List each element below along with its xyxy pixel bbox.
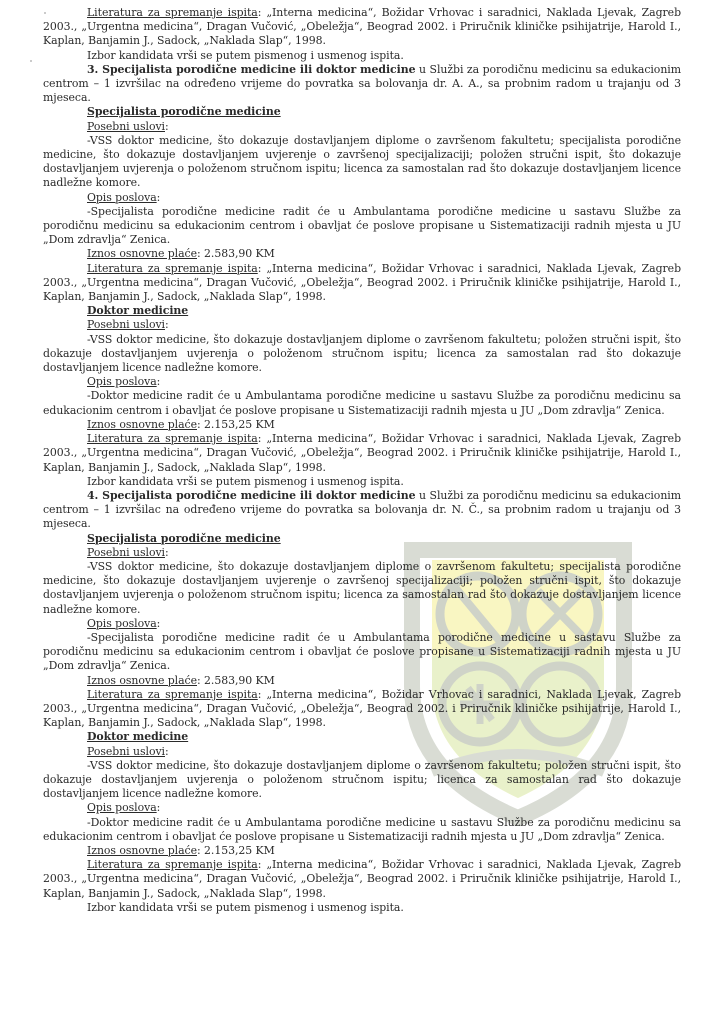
- conditions-label-line: Posebni uslovi:: [43, 318, 681, 332]
- duties-label: Opis poslova: [87, 375, 157, 388]
- position-heading: Doktor medicine: [43, 730, 681, 744]
- salary-line: Iznos osnovne plaće: 2.583,90 KM: [43, 674, 681, 688]
- salary-value: : 2.153,25 KM: [197, 418, 275, 431]
- salary-label: Iznos osnovne plaće: [87, 844, 197, 857]
- duties-label-line: Opis poslova:: [43, 801, 681, 815]
- literature-paragraph: Literatura za spremanje ispita: „Interna…: [43, 858, 681, 901]
- salary-line: Iznos osnovne plaće: 2.583,90 KM: [43, 247, 681, 261]
- duties-label: Opis poslova: [87, 191, 157, 204]
- literature-paragraph: Literatura za spremanje ispita: „Interna…: [43, 432, 681, 475]
- duties-text: -Doktor medicine radit će u Ambulantama …: [43, 816, 681, 844]
- duties-label-line: Opis poslova:: [43, 617, 681, 631]
- duties-text: -Specijalista porodične medicine radit ć…: [43, 205, 681, 248]
- duties-label: Opis poslova: [87, 801, 157, 814]
- literature-paragraph: Literatura za spremanje ispita: „Interna…: [43, 6, 681, 49]
- conditions-label: Posebni uslovi: [87, 745, 165, 758]
- salary-label: Iznos osnovne plaće: [87, 247, 197, 260]
- duties-label-line: Opis poslova:: [43, 375, 681, 389]
- section-title: 4. Specijalista porodične medicine ili d…: [87, 489, 415, 502]
- section-title: 3. Specijalista porodične medicine ili d…: [87, 63, 415, 76]
- duties-label: Opis poslova: [87, 617, 157, 630]
- literature-paragraph: Literatura za spremanje ispita: „Interna…: [43, 262, 681, 305]
- salary-value: : 2.583,90 KM: [197, 674, 275, 687]
- conditions-label-line: Posebni uslovi:: [43, 745, 681, 759]
- conditions-label: Posebni uslovi: [87, 120, 165, 133]
- literature-label: Literatura za spremanje ispita: [87, 432, 258, 445]
- duties-text: -Specijalista porodične medicine radit ć…: [43, 631, 681, 674]
- conditions-text: -VSS doktor medicine, što dokazuje dosta…: [43, 560, 681, 617]
- conditions-text: -VSS doktor medicine, što dokazuje dosta…: [43, 134, 681, 191]
- position-heading: Doktor medicine: [43, 304, 681, 318]
- conditions-text: -VSS doktor medicine, što dokazuje dosta…: [43, 333, 681, 376]
- position-heading: Specijalista porodične medicine: [43, 105, 681, 119]
- conditions-label-line: Posebni uslovi:: [43, 120, 681, 134]
- selection-note: Izbor kandidata vrši se putem pismenog i…: [43, 901, 681, 915]
- selection-note: Izbor kandidata vrši se putem pismenog i…: [43, 49, 681, 63]
- salary-label: Iznos osnovne plaće: [87, 674, 197, 687]
- literature-label: Literatura za spremanje ispita: [87, 6, 258, 19]
- document-body: Literatura za spremanje ispita: „Interna…: [0, 0, 725, 915]
- literature-label: Literatura za spremanje ispita: [87, 262, 258, 275]
- literature-label: Literatura za spremanje ispita: [87, 858, 258, 871]
- conditions-label-line: Posebni uslovi:: [43, 546, 681, 560]
- literature-paragraph: Literatura za spremanje ispita: „Interna…: [43, 688, 681, 731]
- salary-value: : 2.153,25 KM: [197, 844, 275, 857]
- section-intro: 3. Specijalista porodične medicine ili d…: [43, 63, 681, 106]
- duties-label-line: Opis poslova:: [43, 191, 681, 205]
- selection-note: Izbor kandidata vrši se putem pismenog i…: [43, 475, 681, 489]
- document-page: Literatura za spremanje ispita: „Interna…: [0, 0, 725, 1024]
- conditions-text: -VSS doktor medicine, što dokazuje dosta…: [43, 759, 681, 802]
- salary-value: : 2.583,90 KM: [197, 247, 275, 260]
- conditions-label: Posebni uslovi: [87, 546, 165, 559]
- duties-text: -Doktor medicine radit će u Ambulantama …: [43, 389, 681, 417]
- salary-line: Iznos osnovne plaće: 2.153,25 KM: [43, 844, 681, 858]
- literature-label: Literatura za spremanje ispita: [87, 688, 258, 701]
- salary-line: Iznos osnovne plaće: 2.153,25 KM: [43, 418, 681, 432]
- position-heading: Specijalista porodične medicine: [43, 532, 681, 546]
- section-intro: 4. Specijalista porodične medicine ili d…: [43, 489, 681, 532]
- salary-label: Iznos osnovne plaće: [87, 418, 197, 431]
- conditions-label: Posebni uslovi: [87, 318, 165, 331]
